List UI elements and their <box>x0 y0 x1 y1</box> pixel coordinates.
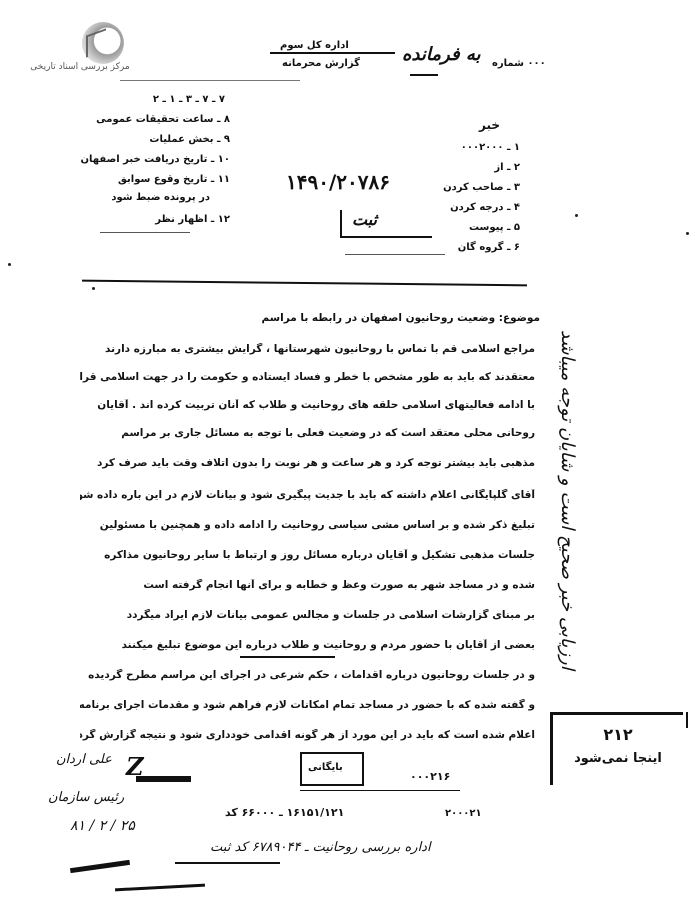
body-line: بعضی از آقایان با حضور مردم و روحانیت و … <box>80 639 535 653</box>
field-3: ۳ ـ صاحب کردن <box>443 182 520 193</box>
field-7: ۷ ـ ۷ ـ ۳ ـ ۱ ـ ۲ <box>153 94 225 105</box>
field-label: ساعت <box>182 114 213 125</box>
header-subtitle: گزارش محرمانه <box>282 58 360 69</box>
field-12: ۱۲ ـ اظهار نظر <box>155 214 230 225</box>
field-number: ۴ ـ <box>507 202 520 213</box>
field-label: گروه گان <box>458 242 504 253</box>
field-value: اصفهان <box>80 154 119 165</box>
scan-speck <box>8 263 11 266</box>
field-2: ۲ ـ از <box>494 162 520 173</box>
field-1: ۱ ـ ۰۰۰۲۰۰۰ <box>461 142 520 153</box>
register-underline <box>345 254 445 255</box>
stamp-number: ۲۱۲ <box>553 725 683 744</box>
field-value: ۰۰۰۲۰۰۰ <box>461 142 504 153</box>
signature-stroke <box>136 776 191 782</box>
field-label: درجه کردن <box>450 202 503 213</box>
scan-speck <box>575 214 578 217</box>
header-department: اداره کل سوم <box>280 40 349 51</box>
field-label: صاحب کردن <box>443 182 503 193</box>
header-divider <box>82 280 527 287</box>
field-value: بخش عملیات <box>149 134 213 145</box>
field-8: ۸ ـ ساعت تحقیقات عمومی <box>96 114 230 125</box>
register-mark-box: ثبت <box>340 210 432 238</box>
stamp-text: اینجا نمی‌شود <box>553 751 683 766</box>
field-label: پیوست <box>469 222 504 233</box>
body-line: شده و در مساجد شهر به صورت وعظ و خطابه و… <box>80 579 535 593</box>
archive-box-stamp: بایگانی <box>300 752 364 786</box>
reference-number-2: ۲۰۰۰۲۱ <box>445 808 482 819</box>
field-value: سوابق <box>118 174 150 185</box>
handwritten-addressee: به فرمانده <box>402 44 480 65</box>
register-mark: ثبت <box>352 210 377 229</box>
field-label: از <box>494 162 503 173</box>
field-value: تحقیقات عمومی <box>96 114 179 125</box>
field-number: ۱۱ ـ <box>211 174 230 185</box>
body-line: مراجع اسلامی قم با تماس با روحانیون شهرس… <box>80 343 535 357</box>
left-top-rule <box>120 80 300 81</box>
field-number: ۱ ـ <box>507 142 520 153</box>
org-name: مرکز بررسی اسناد تاریخی <box>28 62 132 72</box>
field-11-cont: در پرونده ضبط شود <box>111 192 210 203</box>
scan-speck <box>92 287 95 290</box>
distribution-underline <box>175 862 280 864</box>
field-11: ۱۱ ـ تاریخ وقوع سوابق <box>118 174 230 185</box>
field-scrawl: خبر <box>479 118 500 132</box>
field-5: ۵ ـ پیوست <box>469 222 520 233</box>
addressee-underline <box>410 74 438 76</box>
field-value: ۷ ـ ۳ ـ ۱ ـ ۲ <box>153 94 209 105</box>
body-line: و گفته شده که با حضور در مساجد تمام امکا… <box>80 699 535 713</box>
field-6: ۶ ـ گروه گان <box>458 242 520 253</box>
field-number: ۶ ـ <box>507 242 520 253</box>
signature-name: رئیس سازمان <box>48 790 124 805</box>
field-number: ۲ ـ <box>507 162 520 173</box>
distribution-note: اداره بررسی روحانیت ـ ۶۷۸۹۰۴۴ کد ثبت <box>210 840 431 855</box>
header-top-rule <box>270 52 395 54</box>
body-line: و در جلسات روحانیون درباره اقدامات ، حکم… <box>80 669 535 683</box>
archive-logo: مرکز بررسی اسناد تاریخی <box>28 22 132 76</box>
body-line: معتقدند که باید به طور مشخص با خطر و فسا… <box>80 371 535 385</box>
field-10: ۱۰ ـ تاریخ دریافت خبر اصفهان <box>80 154 230 165</box>
emphasis-underline <box>240 656 335 658</box>
body-line: تبلیغ ذکر شده و بر اساس مشی سیاسی روحانی… <box>80 519 535 533</box>
reference-number: ۱۶۱۵۱/۱۲۱ ـ ۶۶۰۰۰ کد <box>225 806 344 819</box>
footer-rule <box>300 790 460 791</box>
body-line: بر مبنای گزارشات اسلامی در جلسات و مجالس… <box>80 609 535 623</box>
archive-box-label: بایگانی <box>308 762 343 773</box>
signature-left: علی اردان <box>56 752 112 767</box>
field-4: ۴ ـ درجه کردن <box>450 202 520 213</box>
page-stamp: ۲۱۲ اینجا نمی‌شود <box>550 712 683 785</box>
field-label: تاریخ دریافت خبر <box>123 154 207 165</box>
body-line: جلسات مذهبی تشکیل و آقایان درباره مسائل … <box>80 549 535 563</box>
field-number: ۷ ـ <box>212 94 225 105</box>
scan-speck <box>686 232 689 235</box>
field-9: ۹ ـ بخش عملیات <box>149 134 230 145</box>
office-code: ۰۰۰۲۱۶ <box>410 770 450 783</box>
margin-note: ارزیابی خبر صحیح است و شایان توجه میباشد <box>548 330 578 710</box>
field-number: ۵ ـ <box>507 222 520 233</box>
signature-date: ۲۵ / ۲ / ۸۱ <box>70 818 135 834</box>
field-number: ۹ ـ <box>217 134 230 145</box>
field-label: تاریخ وقوع <box>154 174 208 185</box>
field-number: ۱۲ ـ <box>211 214 230 225</box>
field-label: اظهار نظر <box>155 214 207 225</box>
field-12-rule <box>100 232 190 233</box>
document-number-label: ۰۰۰ شماره <box>492 58 546 69</box>
field-number: ۸ ـ <box>217 114 230 125</box>
body-line: اعلام شده است که باید در این مورد از هر … <box>80 729 535 743</box>
body-line: مذهبی باید بیشتر توجه کرد و هر ساعت و هر… <box>80 457 535 471</box>
bottom-signature-stroke <box>70 860 130 873</box>
body-line: روحانی محلی معتقد است که در وضعیت فعلی ب… <box>80 427 535 441</box>
field-number: ۱۰ ـ <box>211 154 230 165</box>
subject-line: موضوع: وضعیت روحانیون اصفهان در رابطه با… <box>262 312 540 324</box>
file-number: ۱۴۹۰/۲۰۷۸۶ <box>286 170 390 194</box>
bottom-signature-line <box>115 884 205 892</box>
field-number: ۳ ـ <box>507 182 520 193</box>
body-line: با ادامه فعالیتهای اسلامی حلقه های روحان… <box>80 399 535 413</box>
stamp-tick <box>686 712 688 728</box>
body-line: آقای گلپایگانی اعلام داشته که باید با جد… <box>80 489 535 503</box>
